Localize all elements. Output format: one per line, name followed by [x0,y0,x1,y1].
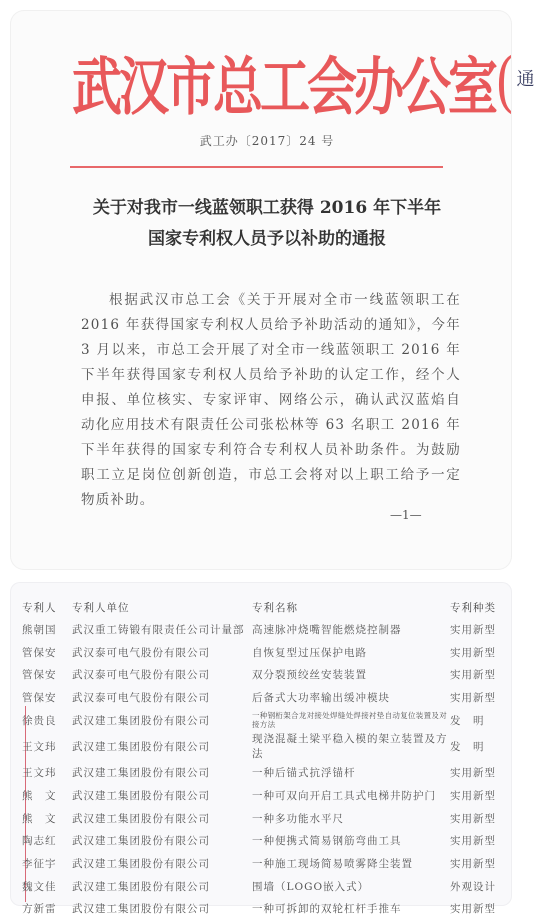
cell-patentee: 魏文佳 [22,875,72,898]
cell-patent-type: 实用新型 [450,761,510,784]
cell-patentee: 熊 文 [22,784,72,807]
table-header-row: 专利人 专利人单位 专利名称 专利种类 [22,596,510,618]
cell-patent-name: 后备式大功率输出缓冲模块 [252,686,450,709]
header-patent-type: 专利种类 [450,596,510,618]
cell-patent-name: 高速脉冲烧嘴智能燃烧控制器 [252,618,450,641]
cell-patent-type: 外观设计 [450,875,510,898]
cell-patent-name: 自恢复型过压保护电路 [252,641,450,664]
cell-patent-name: 围墙（LOGO嵌入式） [252,875,450,898]
cell-unit: 武汉泰可电气股份有限公司 [72,641,252,664]
table-row: 李征宇 武汉建工集团股份有限公司 一种施工现场简易喷雾降尘装置 实用新型 [22,852,510,875]
table-row: 管保安 武汉泰可电气股份有限公司 双分裂预绞丝安装装置 实用新型 [22,663,510,686]
cell-patent-name: 双分裂预绞丝安装装置 [252,663,450,686]
cell-patent-type: 实用新型 [450,898,510,918]
cell-patent-name: 一种施工现场简易喷雾降尘装置 [252,852,450,875]
cell-unit: 武汉建工集团股份有限公司 [72,852,252,875]
table-row: 管保安 武汉泰可电气股份有限公司 后备式大功率输出缓冲模块 实用新型 [22,686,510,709]
table-row: 熊朝国 武汉重工铸锻有限责任公司计量部 高速脉冲烧嘴智能燃烧控制器 实用新型 [22,618,510,641]
cell-patent-name: 现浇混凝土梁平稳入模的架立装置及方法 [252,731,450,761]
table-row: 徐贵良 武汉建工集团股份有限公司 一种钢桁架合龙对接处焊缝处焊接衬垫自动复位装置… [22,709,510,732]
document-number: 武工办〔2017〕24 号 [0,132,534,149]
document-title-line-1: 关于对我市一线蓝领职工获得 2016 年下半年 [0,193,534,218]
cell-patentee: 管保安 [22,641,72,664]
cell-patent-name: 一种可双向开启工具式电梯井防护门 [252,784,450,807]
table-row: 方新雷 武汉建工集团股份有限公司 一种可拆卸的双轮杠杆手推车 实用新型 [22,898,510,918]
document-title-line-2: 国家专利权人员予以补助的通报 [0,224,534,249]
cell-patent-type: 实用新型 [450,663,510,686]
cell-patent-type: 实用新型 [450,686,510,709]
cell-patent-name: 一种钢桁架合龙对接处焊缝处焊接衬垫自动复位装置及对接方法 [252,709,450,732]
document-body: 根据武汉市总工会《关于开展对全市一线蓝领职工在 2016 年获得国家专利权人员给… [81,288,461,513]
masthead: 武汉市总工会办公室 ( 通知 ) [72,42,472,122]
table-row: 王文玮 武汉建工集团股份有限公司 现浇混凝土梁平稳入模的架立装置及方法 发 明 [22,731,510,761]
masthead-paren-open: ( [495,44,515,119]
table-row: 陶志红 武汉建工集团股份有限公司 一种便携式简易钢筋弯曲工具 实用新型 [22,830,510,853]
cell-patent-type: 实用新型 [450,830,510,853]
header-patent-name: 专利名称 [252,596,450,618]
masthead-org: 武汉市总工会办公室 [72,37,495,127]
cell-unit: 武汉建工集团股份有限公司 [72,898,252,918]
cell-unit: 武汉建工集团股份有限公司 [72,731,252,761]
masthead-notice-handwritten: 通知 [517,65,534,91]
table-row: 熊 文 武汉建工集团股份有限公司 一种可双向开启工具式电梯井防护门 实用新型 [22,784,510,807]
table-row: 管保安 武汉泰可电气股份有限公司 自恢复型过压保护电路 实用新型 [22,641,510,664]
cell-patent-name: 一种后锚式抗浮锚杆 [252,761,450,784]
red-divider [70,166,443,168]
cell-patentee: 李征宇 [22,852,72,875]
cell-patent-type: 发 明 [450,709,510,732]
cell-patent-name: 一种便携式简易钢筋弯曲工具 [252,830,450,853]
cell-unit: 武汉泰可电气股份有限公司 [72,663,252,686]
cell-patentee: 王文玮 [22,731,72,761]
cell-unit: 武汉泰可电气股份有限公司 [72,686,252,709]
table-row: 王文玮 武汉建工集团股份有限公司 一种后锚式抗浮锚杆 实用新型 [22,761,510,784]
cell-patent-type: 实用新型 [450,618,510,641]
cell-unit: 武汉建工集团股份有限公司 [72,807,252,830]
cell-unit: 武汉建工集团股份有限公司 [72,761,252,784]
cell-patentee: 熊朝国 [22,618,72,641]
cell-patent-name: 一种可拆卸的双轮杠杆手推车 [252,898,450,918]
cell-patentee: 王文玮 [22,761,72,784]
table-row: 熊 文 武汉建工集团股份有限公司 一种多功能水平尺 实用新型 [22,807,510,830]
page-number: —1— [390,508,422,522]
cell-unit: 武汉建工集团股份有限公司 [72,784,252,807]
header-unit: 专利人单位 [72,596,252,618]
cell-patent-type: 实用新型 [450,784,510,807]
cell-unit: 武汉重工铸锻有限责任公司计量部 [72,618,252,641]
cell-patentee: 管保安 [22,686,72,709]
cell-patentee: 熊 文 [22,807,72,830]
patent-table: 专利人 专利人单位 专利名称 专利种类 熊朝国 武汉重工铸锻有限责任公司计量部 … [22,596,510,918]
cell-patentee: 徐贵良 [22,709,72,732]
cell-unit: 武汉建工集团股份有限公司 [72,875,252,898]
header-patentee: 专利人 [22,596,72,618]
cell-patentee: 陶志红 [22,830,72,853]
cell-patent-type: 实用新型 [450,852,510,875]
cell-patent-type: 发 明 [450,731,510,761]
cell-patent-type: 实用新型 [450,807,510,830]
cell-patentee: 方新雷 [22,898,72,918]
cell-patent-name: 一种多功能水平尺 [252,807,450,830]
cell-patent-type: 实用新型 [450,641,510,664]
table-row: 魏文佳 武汉建工集团股份有限公司 围墙（LOGO嵌入式） 外观设计 [22,875,510,898]
cell-unit: 武汉建工集团股份有限公司 [72,830,252,853]
cell-patentee: 管保安 [22,663,72,686]
cell-unit: 武汉建工集团股份有限公司 [72,709,252,732]
